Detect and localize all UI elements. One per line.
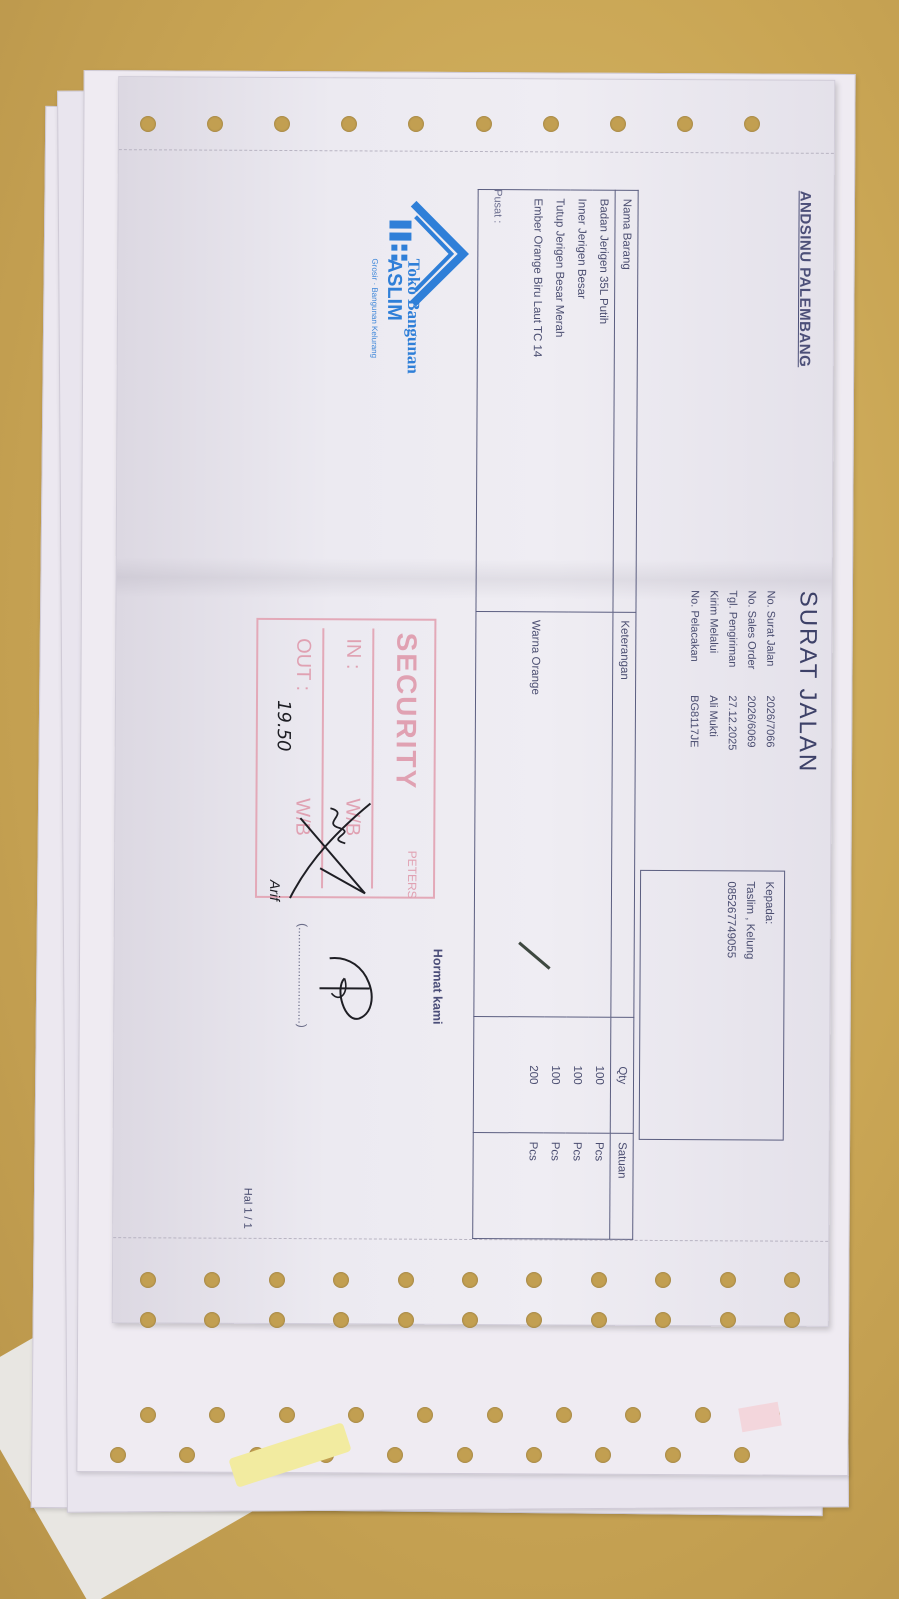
meta-row: No. Sales Order 2026/6069	[740, 590, 760, 835]
item-unit: Pcs	[565, 1133, 588, 1239]
meta-row: Tgl. Pengiriman 27.12.2025	[721, 590, 741, 835]
sprocket-holes	[140, 1300, 800, 1340]
logo-line2: ASLIM	[382, 259, 405, 321]
item-qty: 100	[588, 1017, 611, 1134]
security-signature	[280, 798, 381, 909]
item-name: Tutup Jerigen Besar Merah	[546, 190, 570, 612]
item-note: Warna Orange	[474, 611, 547, 1017]
item-name: Ember Orange Biru Laut TC 14	[476, 190, 549, 612]
document-meta: No. Surat Jalan 2026/7066 No. Sales Orde…	[683, 590, 779, 835]
stamp-title: SECURITY	[390, 633, 423, 791]
items-table: Nama Barang Keterangan Qty Satuan Badan …	[472, 189, 638, 1240]
sprocket-holes	[140, 1400, 780, 1430]
recipient-phone: 085267749055	[720, 881, 740, 1129]
meta-label: No. Sales Order	[741, 590, 761, 695]
meta-row: Kirim Melalui Ali Mukti	[702, 590, 722, 835]
logo-line1: Toko Bangunan	[403, 259, 424, 374]
item-note	[588, 612, 613, 1017]
document-title: SURAT JALAN	[793, 591, 822, 774]
meta-value: Ali Mukti	[702, 695, 722, 835]
stamp-out-label: OUT :	[291, 638, 314, 691]
meta-label: No. Surat Jalan	[760, 591, 780, 696]
sprocket-holes	[140, 104, 760, 144]
item-note	[566, 612, 590, 1017]
header-unit: Satuan	[610, 1134, 634, 1240]
handwritten-time: 19.50	[273, 700, 294, 752]
item-unit: Pcs	[543, 1133, 566, 1239]
sprocket-holes	[110, 1440, 750, 1470]
meta-label: Kirim Melalui	[703, 590, 723, 695]
meta-label: No. Pelacakan	[684, 590, 704, 695]
item-unit: Pcs	[473, 1133, 544, 1239]
item-name: Inner Jerigen Besar	[568, 190, 592, 612]
meta-row: No. Surat Jalan 2026/7066	[759, 591, 779, 836]
logo-tagline: Grosir · Bangunan Kelurang	[370, 258, 380, 358]
header-name: Nama Barang	[613, 190, 638, 612]
meta-label: Tgl. Pengiriman	[722, 590, 742, 695]
meta-value: 2026/7066	[759, 696, 779, 836]
recipient-label: Kepada:	[758, 881, 778, 1129]
pusat-label: Pusat :	[492, 189, 504, 223]
sender-signature	[309, 948, 389, 1038]
item-note	[544, 611, 568, 1016]
header-note: Keterangan	[611, 612, 636, 1017]
item-name: Badan Jerigen 35L Putih	[590, 190, 615, 612]
meta-value: BG8117JE	[683, 695, 703, 835]
item-qty: 100	[566, 1017, 589, 1134]
signature-line: (.............................)	[295, 923, 310, 1073]
stamp-side-label: PETERS	[405, 851, 419, 899]
meta-row: No. Pelacakan BG8117JE	[683, 590, 703, 835]
header-qty: Qty	[610, 1017, 634, 1134]
stamp-in-label: IN :	[341, 638, 364, 669]
item-qty: 100	[544, 1017, 567, 1134]
sprocket-holes	[140, 1260, 800, 1300]
store-logo: Toko Bangunan ASLIM Grosir · Bangunan Ke…	[352, 198, 473, 419]
recipient-name: Taslim , Kelung	[739, 881, 759, 1129]
page-number: Hal 1 / 1	[241, 1188, 253, 1229]
company-header: ANDSINU PALEMBANG	[796, 191, 814, 368]
table-row: Ember Orange Biru Laut TC 14 Warna Orang…	[473, 190, 549, 1239]
meta-value: 2026/6069	[740, 695, 760, 835]
closing-text: Hormat kami	[430, 949, 444, 1025]
surat-jalan-sheet: ANDSINU PALEMBANG SURAT JALAN No. Surat …	[112, 76, 836, 1327]
meta-value: 27.12.2025	[721, 695, 741, 835]
recipient-box: Kepada: Taslim , Kelung 085267749055	[639, 870, 785, 1141]
document-content: ANDSINU PALEMBANG SURAT JALAN No. Surat …	[168, 187, 834, 1270]
item-unit: Pcs	[587, 1133, 610, 1239]
item-qty: 200	[473, 1016, 544, 1133]
